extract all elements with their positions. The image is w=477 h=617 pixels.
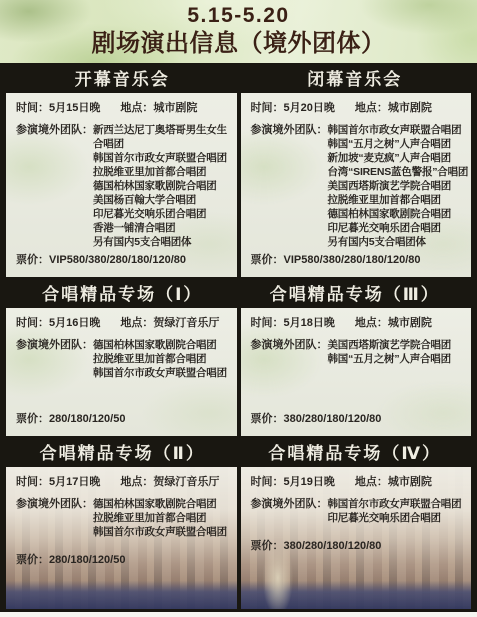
teams-list: 德国柏林国家歌剧院合唱团 拉脱维亚里加首都合唱团 韩国首尔市政女声联盟合唱团 — [93, 338, 233, 380]
price-label: 票价： — [16, 254, 49, 266]
time-value: 5月16日晚 — [49, 317, 100, 329]
price-line: 票价：VIP580/380/280/180/120/80 — [251, 253, 468, 268]
place-value: 城市剧院 — [388, 102, 432, 114]
team-name: 另有国内5支合唱团体 — [328, 235, 468, 249]
teams-block: 参演境外团队： 美国西塔斯演艺学院合唱团 韩国“五月之树”人声合唱团 — [251, 338, 468, 366]
time-place-line: 时间：5月17日晚地点：贺绿汀音乐厅 — [16, 475, 233, 490]
row1-content: 时间：5月15日晚地点：城市剧院 参演境外团队： 新西兰达尼丁奥塔哥男生女生合唱… — [6, 93, 471, 277]
row1-header-bar: 开幕音乐会 闭幕音乐会 — [6, 66, 471, 93]
panel-title-special-3: 合唱精品专场（Ⅲ） — [239, 281, 472, 308]
team-name: 韩国首尔市政女声联盟合唱团 — [328, 123, 468, 137]
teams-label: 参演境外团队： — [251, 338, 328, 366]
panel-special-2: 时间：5月17日晚地点：贺绿汀音乐厅 参演境外团队： 德国柏林国家歌剧院合唱团 … — [6, 467, 237, 609]
poster-title: 剧场演出信息（境外团体） — [0, 28, 477, 60]
teams-block: 参演境外团队： 新西兰达尼丁奥塔哥男生女生合唱团 韩国首尔市政女声联盟合唱团 拉… — [16, 123, 233, 249]
panel-special-1: 时间：5月16日晚地点：贺绿汀音乐厅 参演境外团队： 德国柏林国家歌剧院合唱团 … — [6, 308, 237, 436]
time-label: 时间： — [16, 476, 49, 488]
team-name: 印尼暮光交响乐团合唱团 — [328, 221, 468, 235]
teams-block: 参演境外团队： 韩国首尔市政女声联盟合唱团 韩国“五月之树”人声合唱团 新加坡“… — [251, 123, 468, 249]
place-label: 地点： — [355, 476, 388, 488]
price-label: 票价： — [251, 254, 284, 266]
team-name: 拉脱维亚里加首都合唱团 — [93, 165, 233, 179]
price-value: 280/180/120/50 — [49, 554, 125, 566]
team-name: 韩国首尔市政女声联盟合唱团 — [328, 497, 468, 511]
team-name: 韩国首尔市政女声联盟合唱团 — [93, 366, 233, 380]
team-name: 德国柏林国家歌剧院合唱团 — [93, 179, 233, 193]
teams-label: 参演境外团队： — [251, 123, 328, 249]
teams-list: 美国西塔斯演艺学院合唱团 韩国“五月之树”人声合唱团 — [328, 338, 468, 366]
time-place-line: 时间：5月18日晚地点：城市剧院 — [251, 316, 468, 331]
price-value: VIP580/380/280/180/120/80 — [284, 254, 421, 266]
price-value: 380/280/180/120/80 — [284, 540, 382, 552]
team-name: 拉脱维亚里加首都合唱团 — [93, 352, 233, 366]
team-name: 德国柏林国家歌剧院合唱团 — [93, 497, 233, 511]
time-label: 时间： — [251, 476, 284, 488]
row3-content: 时间：5月17日晚地点：贺绿汀音乐厅 参演境外团队： 德国柏林国家歌剧院合唱团 … — [6, 467, 471, 609]
place-label: 地点： — [120, 317, 153, 329]
team-name: 拉脱维亚里加首都合唱团 — [93, 511, 233, 525]
teams-label: 参演境外团队： — [16, 497, 93, 539]
team-name: 印尼暮光交响乐团合唱团 — [93, 207, 233, 221]
time-place-line: 时间：5月20日晚地点：城市剧院 — [251, 101, 468, 116]
place-label: 地点： — [120, 102, 153, 114]
team-name: 新西兰达尼丁奥塔哥男生女生合唱团 — [93, 123, 233, 151]
teams-list: 韩国首尔市政女声联盟合唱团 印尼暮光交响乐团合唱团 — [328, 497, 468, 525]
panel-title-closing-concert: 闭幕音乐会 — [239, 66, 472, 93]
team-name: 拉脱维亚里加首都合唱团 — [328, 193, 468, 207]
teams-block: 参演境外团队： 韩国首尔市政女声联盟合唱团 印尼暮光交响乐团合唱团 — [251, 497, 468, 525]
time-value: 5月19日晚 — [284, 476, 335, 488]
poster-header: 5.15-5.20 剧场演出信息（境外团体） — [0, 0, 477, 63]
team-name: 美国杨百翰大学合唱团 — [93, 193, 233, 207]
panel-closing-concert: 时间：5月20日晚地点：城市剧院 参演境外团队： 韩国首尔市政女声联盟合唱团 韩… — [241, 93, 472, 277]
team-name: 美国西塔斯演艺学院合唱团 — [328, 338, 468, 352]
time-place-line: 时间：5月15日晚地点：城市剧院 — [16, 101, 233, 116]
team-name: 韩国“五月之树”人声合唱团 — [328, 352, 468, 366]
panel-title-special-2: 合唱精品专场（Ⅱ） — [6, 440, 239, 467]
panel-title-opening-concert: 开幕音乐会 — [6, 66, 239, 93]
teams-label: 参演境外团队： — [16, 338, 93, 380]
time-place-line: 时间：5月16日晚地点：贺绿汀音乐厅 — [16, 316, 233, 331]
team-name: 美国西塔斯演艺学院合唱团 — [328, 179, 468, 193]
time-value: 5月20日晚 — [284, 102, 335, 114]
time-value: 5月15日晚 — [49, 102, 100, 114]
teams-block: 参演境外团队： 德国柏林国家歌剧院合唱团 拉脱维亚里加首都合唱团 韩国首尔市政女… — [16, 497, 233, 539]
place-label: 地点： — [355, 317, 388, 329]
teams-list: 德国柏林国家歌剧院合唱团 拉脱维亚里加首都合唱团 韩国首尔市政女声联盟合唱团 — [93, 497, 233, 539]
team-name: 台湾“SIRENS蓝色警报”合唱团 — [328, 165, 468, 179]
panel-title-special-1: 合唱精品专场（Ⅰ） — [6, 281, 239, 308]
row3-header-bar: 合唱精品专场（Ⅱ） 合唱精品专场（Ⅳ） — [6, 440, 471, 467]
place-label: 地点： — [355, 102, 388, 114]
place-value: 城市剧院 — [153, 102, 197, 114]
bottom-margin-strip — [0, 612, 477, 617]
teams-label: 参演境外团队： — [251, 497, 328, 525]
teams-list: 新西兰达尼丁奥塔哥男生女生合唱团 韩国首尔市政女声联盟合唱团 拉脱维亚里加首都合… — [93, 123, 233, 249]
row2-header-bar: 合唱精品专场（Ⅰ） 合唱精品专场（Ⅲ） — [6, 281, 471, 308]
row2-content: 时间：5月16日晚地点：贺绿汀音乐厅 参演境外团队： 德国柏林国家歌剧院合唱团 … — [6, 308, 471, 436]
team-name: 新加坡“麦克疯”人声合唱团 — [328, 151, 468, 165]
time-label: 时间： — [16, 102, 49, 114]
price-value: 280/180/120/50 — [49, 413, 125, 425]
panel-opening-concert: 时间：5月15日晚地点：城市剧院 参演境外团队： 新西兰达尼丁奥塔哥男生女生合唱… — [6, 93, 237, 277]
place-value: 城市剧院 — [388, 317, 432, 329]
teams-label: 参演境外团队： — [16, 123, 93, 249]
place-value: 城市剧院 — [388, 476, 432, 488]
team-name: 德国柏林国家歌剧院合唱团 — [328, 207, 468, 221]
price-line: 票价：380/280/180/120/80 — [251, 412, 468, 427]
time-place-line: 时间：5月19日晚地点：城市剧院 — [251, 475, 468, 490]
price-label: 票价： — [251, 540, 284, 552]
time-value: 5月17日晚 — [49, 476, 100, 488]
price-value: VIP580/380/280/180/120/80 — [49, 254, 186, 266]
team-name: 韩国首尔市政女声联盟合唱团 — [93, 151, 233, 165]
price-line: 票价：380/280/180/120/80 — [251, 539, 468, 554]
panel-title-special-4: 合唱精品专场（Ⅳ） — [239, 440, 472, 467]
price-label: 票价： — [16, 413, 49, 425]
time-label: 时间： — [251, 317, 284, 329]
time-label: 时间： — [16, 317, 49, 329]
place-value: 贺绿汀音乐厅 — [153, 476, 219, 488]
team-name: 韩国首尔市政女声联盟合唱团 — [93, 525, 233, 539]
place-label: 地点： — [120, 476, 153, 488]
team-name: 印尼暮光交响乐团合唱团 — [328, 511, 468, 525]
performance-schedule-poster: 5.15-5.20 剧场演出信息（境外团体） 开幕音乐会 闭幕音乐会 时间：5月… — [0, 0, 477, 617]
price-line: 票价：280/180/120/50 — [16, 412, 233, 427]
price-line: 票价：VIP580/380/280/180/120/80 — [16, 253, 233, 268]
place-value: 贺绿汀音乐厅 — [153, 317, 219, 329]
team-name: 另有国内5支合唱团体 — [93, 235, 233, 249]
schedule-board: 开幕音乐会 闭幕音乐会 时间：5月15日晚地点：城市剧院 参演境外团队： 新西兰… — [0, 63, 477, 612]
teams-block: 参演境外团队： 德国柏林国家歌剧院合唱团 拉脱维亚里加首都合唱团 韩国首尔市政女… — [16, 338, 233, 380]
event-date-range: 5.15-5.20 — [0, 3, 477, 28]
teams-list: 韩国首尔市政女声联盟合唱团 韩国“五月之树”人声合唱团 新加坡“麦克疯”人声合唱… — [328, 123, 468, 249]
panel-special-4: 时间：5月19日晚地点：城市剧院 参演境外团队： 韩国首尔市政女声联盟合唱团 印… — [241, 467, 472, 609]
team-name: 韩国“五月之树”人声合唱团 — [328, 137, 468, 151]
time-value: 5月18日晚 — [284, 317, 335, 329]
price-value: 380/280/180/120/80 — [284, 413, 382, 425]
team-name: 香港一铺清合唱团 — [93, 221, 233, 235]
price-label: 票价： — [251, 413, 284, 425]
panel-special-3: 时间：5月18日晚地点：城市剧院 参演境外团队： 美国西塔斯演艺学院合唱团 韩国… — [241, 308, 472, 436]
price-line: 票价：280/180/120/50 — [16, 553, 233, 568]
team-name: 德国柏林国家歌剧院合唱团 — [93, 338, 233, 352]
price-label: 票价： — [16, 554, 49, 566]
time-label: 时间： — [251, 102, 284, 114]
